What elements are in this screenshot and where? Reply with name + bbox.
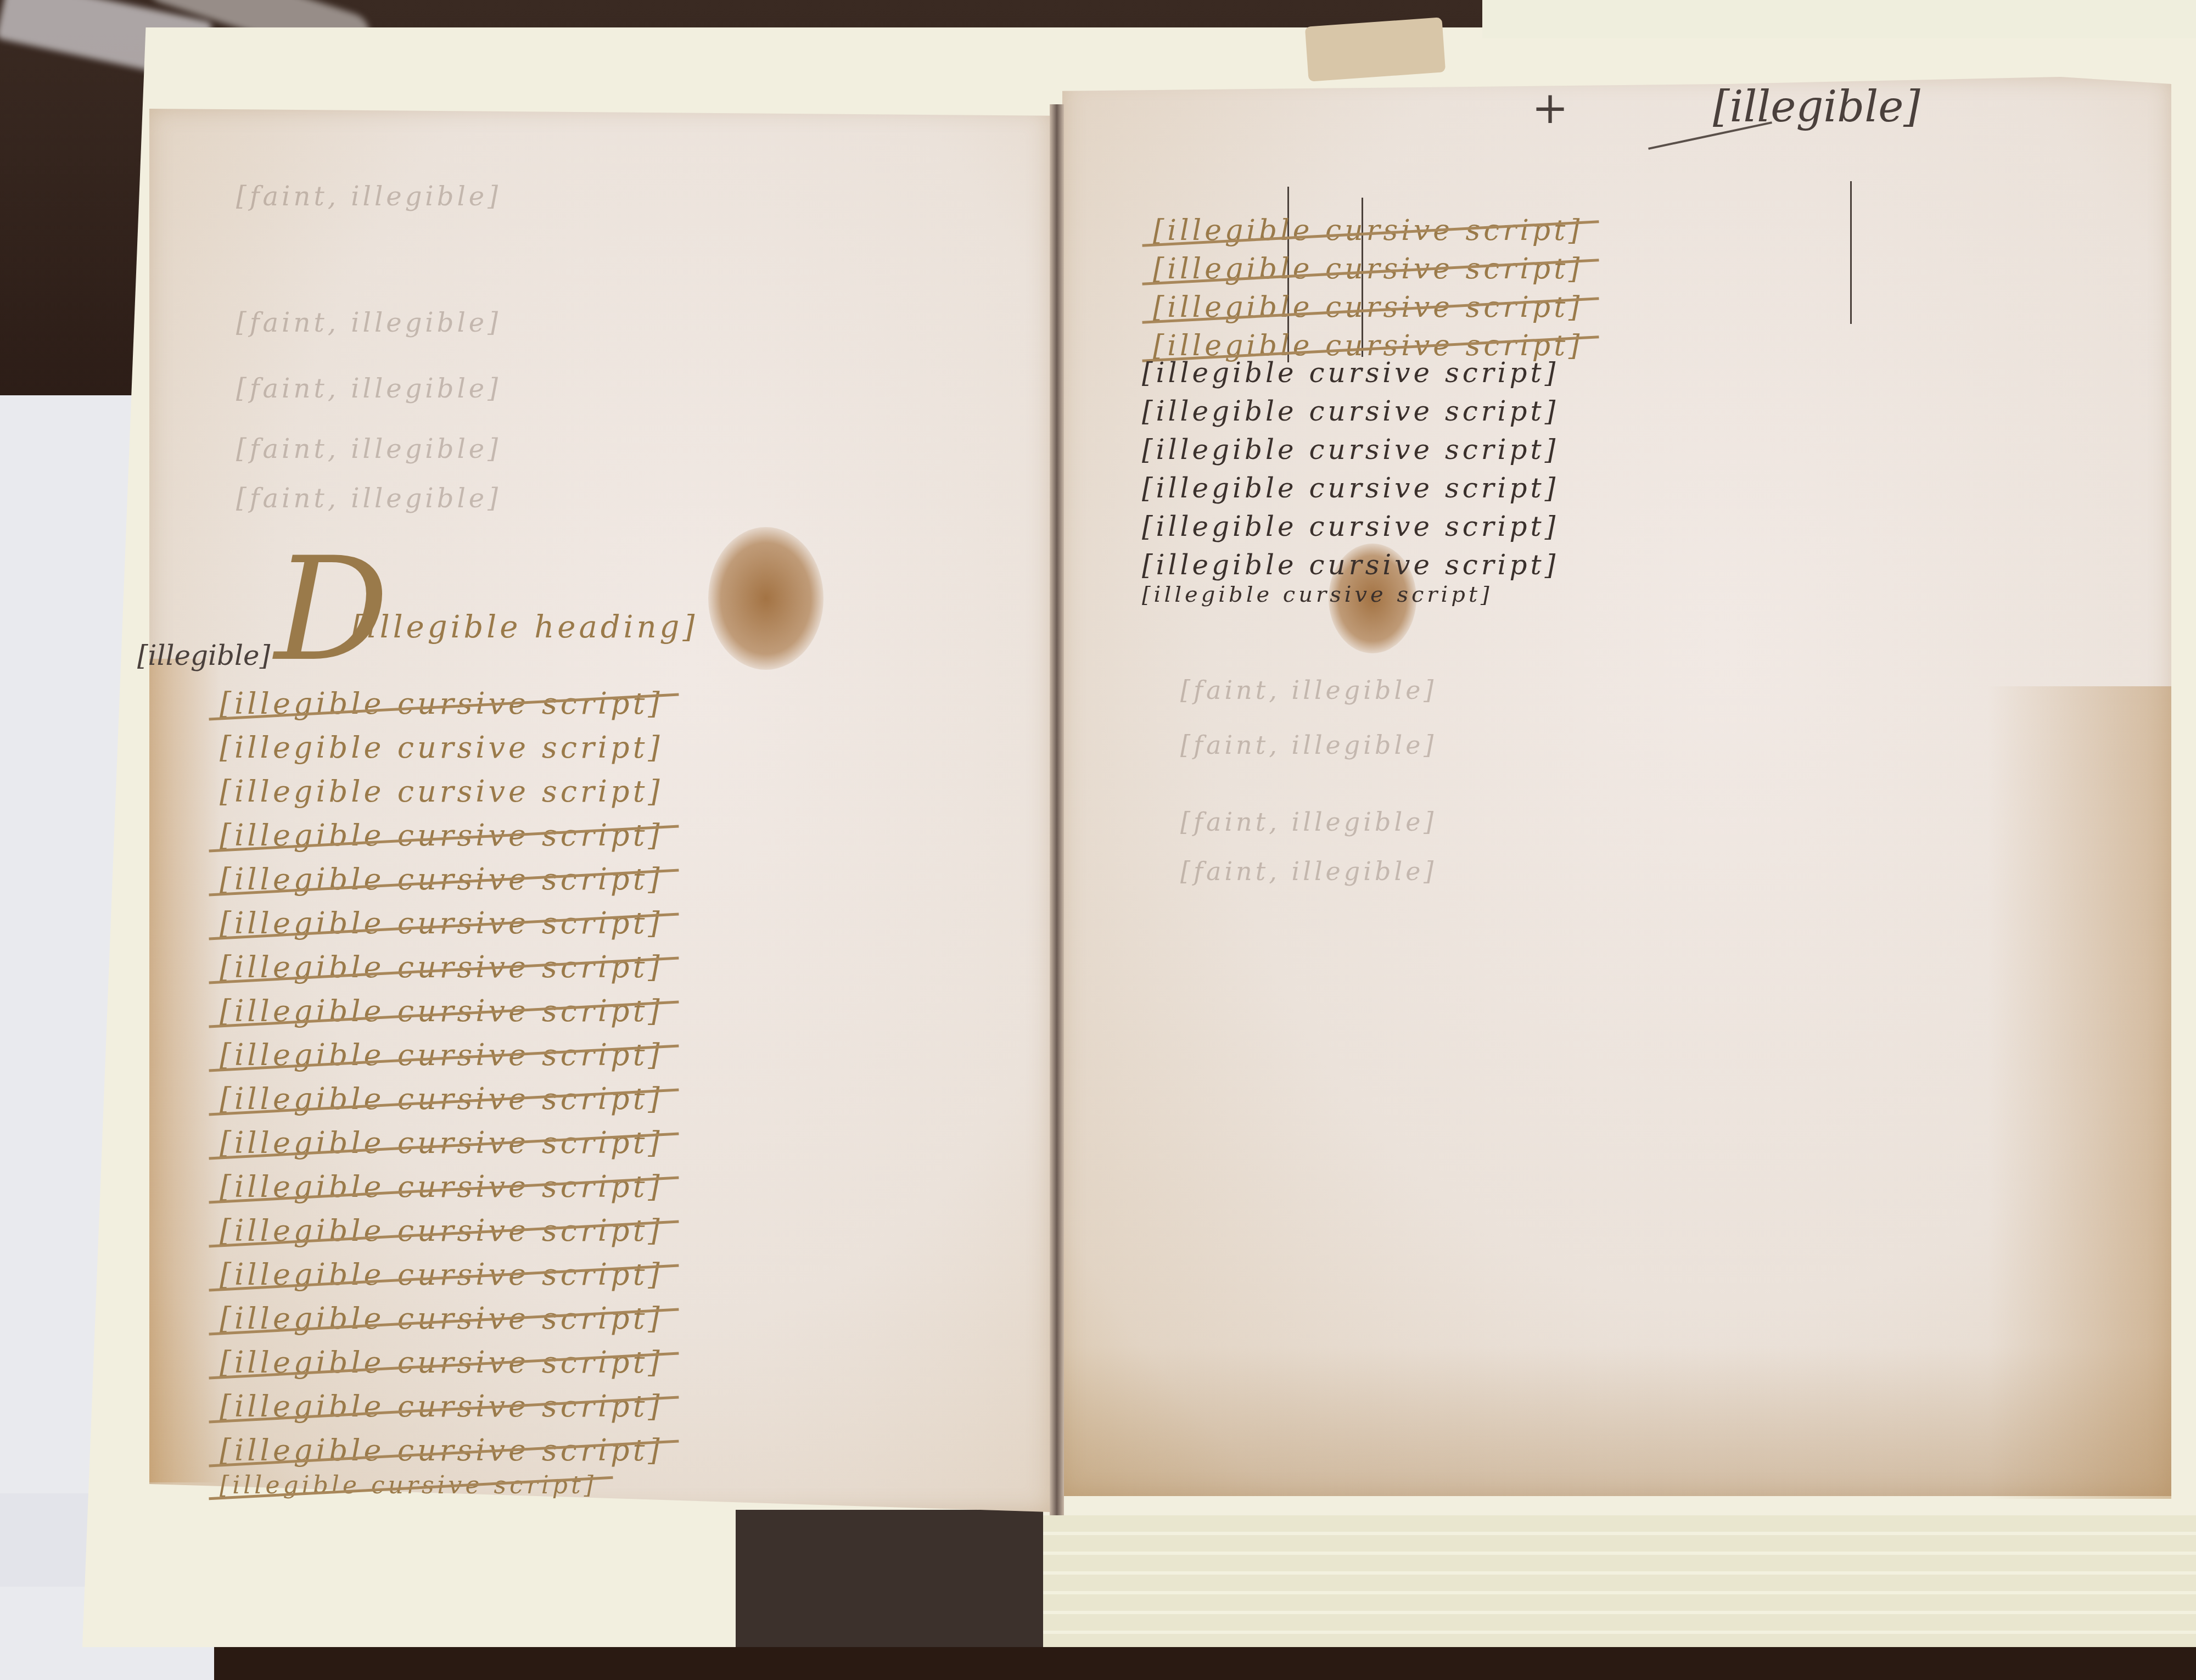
photo-scene: + [illegible] [illegible cursive script]…: [0, 0, 2196, 1647]
script-line: [illegible cursive script]: [220, 1213, 663, 1248]
faint-script-line: [faint, illegible]: [236, 181, 501, 212]
book-gutter: [1050, 104, 1064, 1515]
script-line: [illegible cursive script]: [1142, 395, 1559, 427]
board-top-edge: [1482, 0, 2196, 38]
folio-mark: [illegible]: [1713, 82, 1920, 132]
script-line: [illegible cursive script]: [1142, 472, 1559, 504]
faint-script-line: [faint, illegible]: [236, 307, 501, 338]
torn-page-fragment: [1305, 17, 1446, 81]
page-heading: [illegible heading]: [351, 609, 698, 645]
faint-script-line: [faint, illegible]: [236, 483, 501, 514]
script-line: [illegible cursive script]: [1142, 357, 1559, 389]
script-line: [illegible cursive script]: [220, 774, 663, 809]
faint-script-line: [faint, illegible]: [1180, 730, 1437, 760]
script-line: [illegible cursive script]: [220, 686, 663, 721]
script-line: [illegible cursive script]: [220, 730, 663, 765]
script-line: [illegible cursive script]: [220, 1471, 597, 1499]
script-line: [illegible cursive script]: [220, 818, 663, 853]
script-line: [illegible cursive script]: [1142, 434, 1559, 466]
faint-script-line: [faint, illegible]: [236, 434, 501, 464]
script-line: [illegible cursive script]: [220, 906, 663, 940]
script-line: [illegible cursive script]: [1142, 549, 1559, 581]
script-line: [illegible cursive script]: [220, 1038, 663, 1072]
script-line: [illegible cursive script]: [220, 1345, 663, 1380]
faint-script-line: [faint, illegible]: [1180, 856, 1437, 886]
faint-script-line: [faint, illegible]: [1180, 807, 1437, 837]
script-line: [illegible cursive script]: [220, 1257, 663, 1292]
script-line: [illegible cursive script]: [1153, 214, 1583, 247]
faint-script-line: [faint, illegible]: [236, 373, 501, 404]
script-line: [illegible cursive script]: [220, 1389, 663, 1424]
script-line: [illegible cursive script]: [220, 994, 663, 1028]
script-line: [illegible cursive script]: [220, 862, 663, 897]
script-line: [illegible cursive script]: [1142, 582, 1493, 607]
water-damage: [1062, 1345, 2171, 1496]
ink-stain: [708, 527, 824, 670]
script-line: [illegible cursive script]: [220, 1082, 663, 1116]
script-line: [illegible cursive script]: [1153, 253, 1583, 285]
margin-note: [illegible]: [137, 640, 270, 671]
script-line: [illegible cursive script]: [220, 1433, 663, 1468]
script-line: [illegible cursive script]: [220, 1125, 663, 1160]
script-line: [illegible cursive script]: [220, 950, 663, 984]
faint-script-line: [faint, illegible]: [1180, 675, 1437, 705]
dark-gap: [736, 1510, 1043, 1647]
cross-mark: +: [1532, 82, 1568, 133]
script-line: [illegible cursive script]: [220, 1301, 663, 1336]
script-line: [illegible cursive script]: [1153, 291, 1583, 324]
board-layered-edge: [1043, 1515, 2196, 1647]
script-line: [illegible cursive script]: [1142, 511, 1559, 542]
script-line: [illegible cursive script]: [220, 1169, 663, 1204]
ruled-line: [1850, 181, 1852, 324]
